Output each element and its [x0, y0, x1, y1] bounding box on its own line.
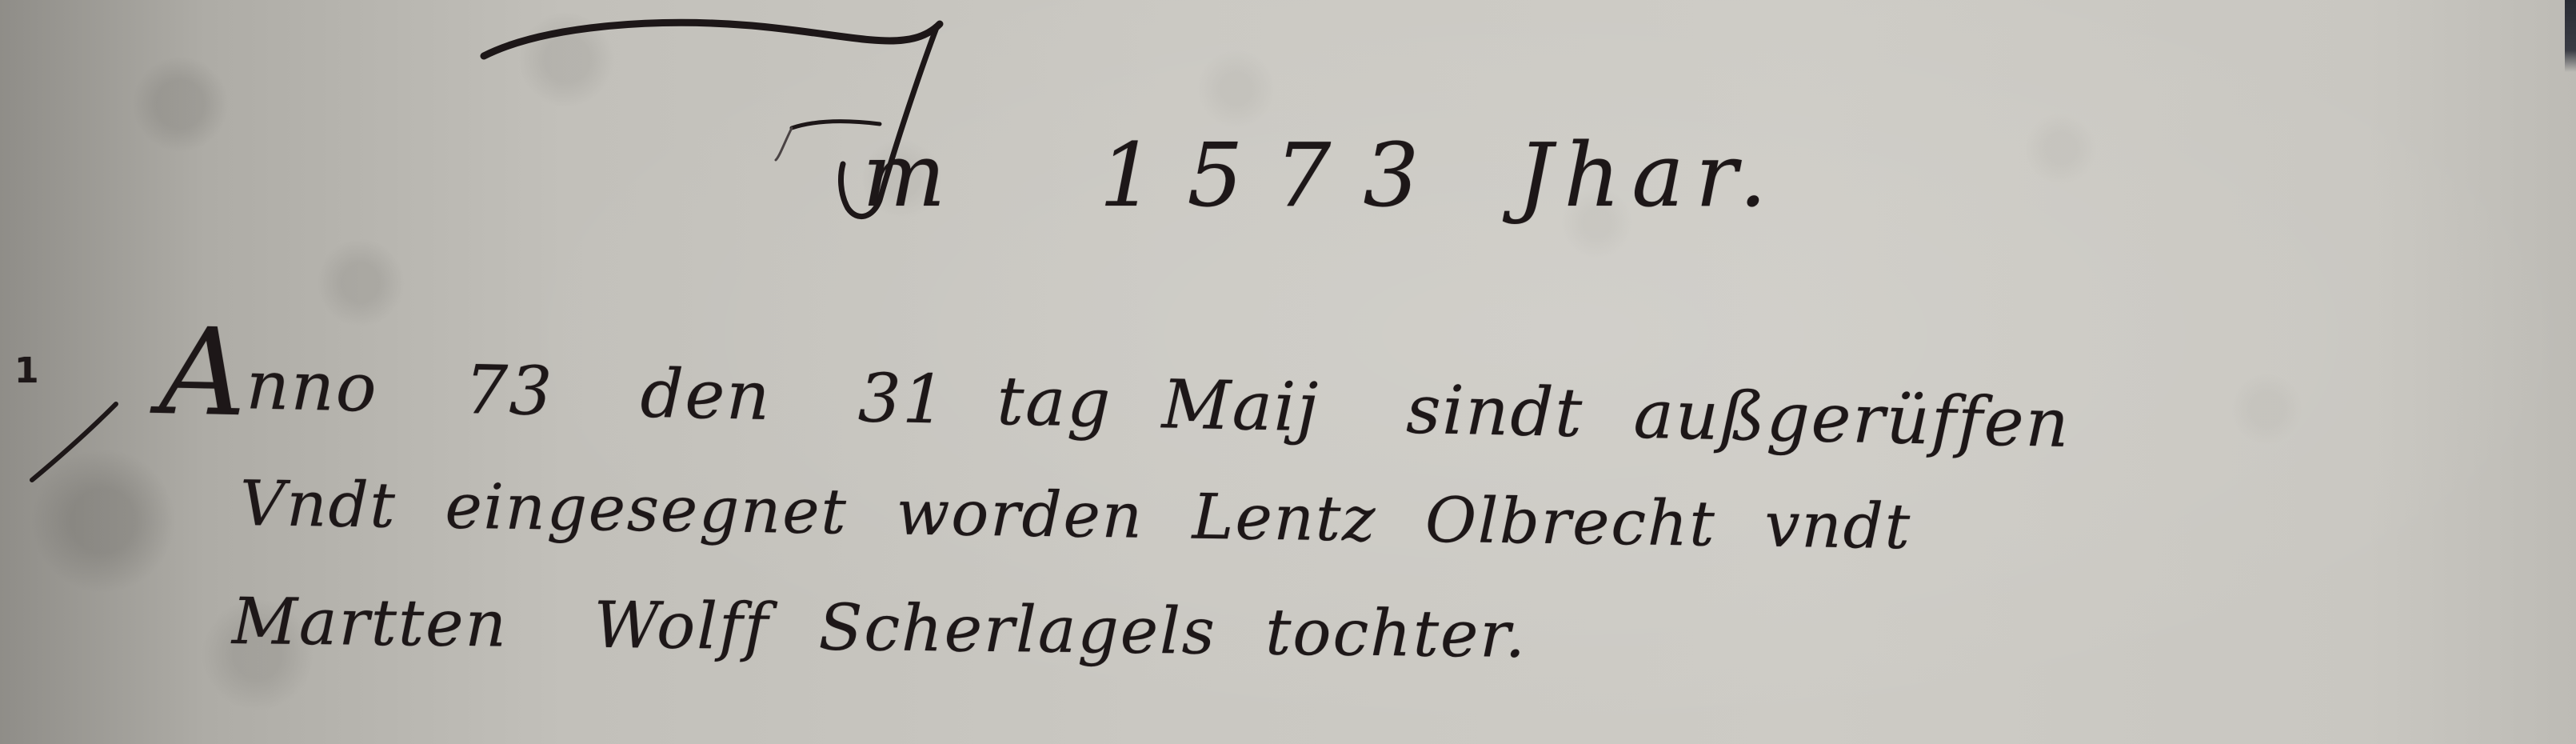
person-name-bride-surname: Scherlagels: [818, 590, 1216, 669]
word: sindt: [1405, 370, 1584, 453]
entry-line-3: Martten Wolff Scherlagels tochter.: [232, 584, 1555, 672]
entry-initial-A: A: [158, 302, 248, 443]
heading-word-jhar: Jhar.: [1517, 124, 1778, 226]
word-month: Maij: [1161, 365, 1320, 446]
word: den: [640, 354, 773, 435]
margin-slash-stroke: [24, 400, 120, 488]
word: nno: [246, 346, 379, 426]
word-day: 31: [857, 358, 948, 438]
entry-line-2: Vndt eingesegnet worden Lentz Olbrecht v…: [239, 468, 1939, 564]
margin-entry-number: 1: [14, 350, 39, 391]
word-year: 73: [464, 350, 554, 430]
manuscript-page: Jm 1573 Jhar. 1 Anno 73 den 31 tag Maij …: [0, 0, 2576, 744]
word: eingesegnet: [445, 471, 849, 549]
word: außgerüffen: [1633, 375, 2071, 462]
person-name-groom-last: Olbrecht: [1425, 485, 1717, 561]
person-name-bride-father: Wolff: [593, 588, 770, 664]
word: vndt: [1764, 490, 1912, 564]
word: tochter.: [1265, 595, 1528, 672]
word: Vndt: [239, 468, 397, 542]
heading-year-line: Jm 1573 Jhar.: [808, 80, 1805, 238]
person-name-groom-first: Lentz: [1192, 482, 1377, 556]
word: worden: [896, 477, 1144, 552]
word: tag: [996, 362, 1113, 442]
entry-line-1: Anno 73 den 31 tag Maij sindt außgerüffe…: [158, 296, 2099, 476]
heading-year: 1573: [1099, 124, 1451, 226]
heading-initial-rest: m: [862, 124, 957, 226]
person-name-bride-first: Martten: [232, 584, 509, 662]
